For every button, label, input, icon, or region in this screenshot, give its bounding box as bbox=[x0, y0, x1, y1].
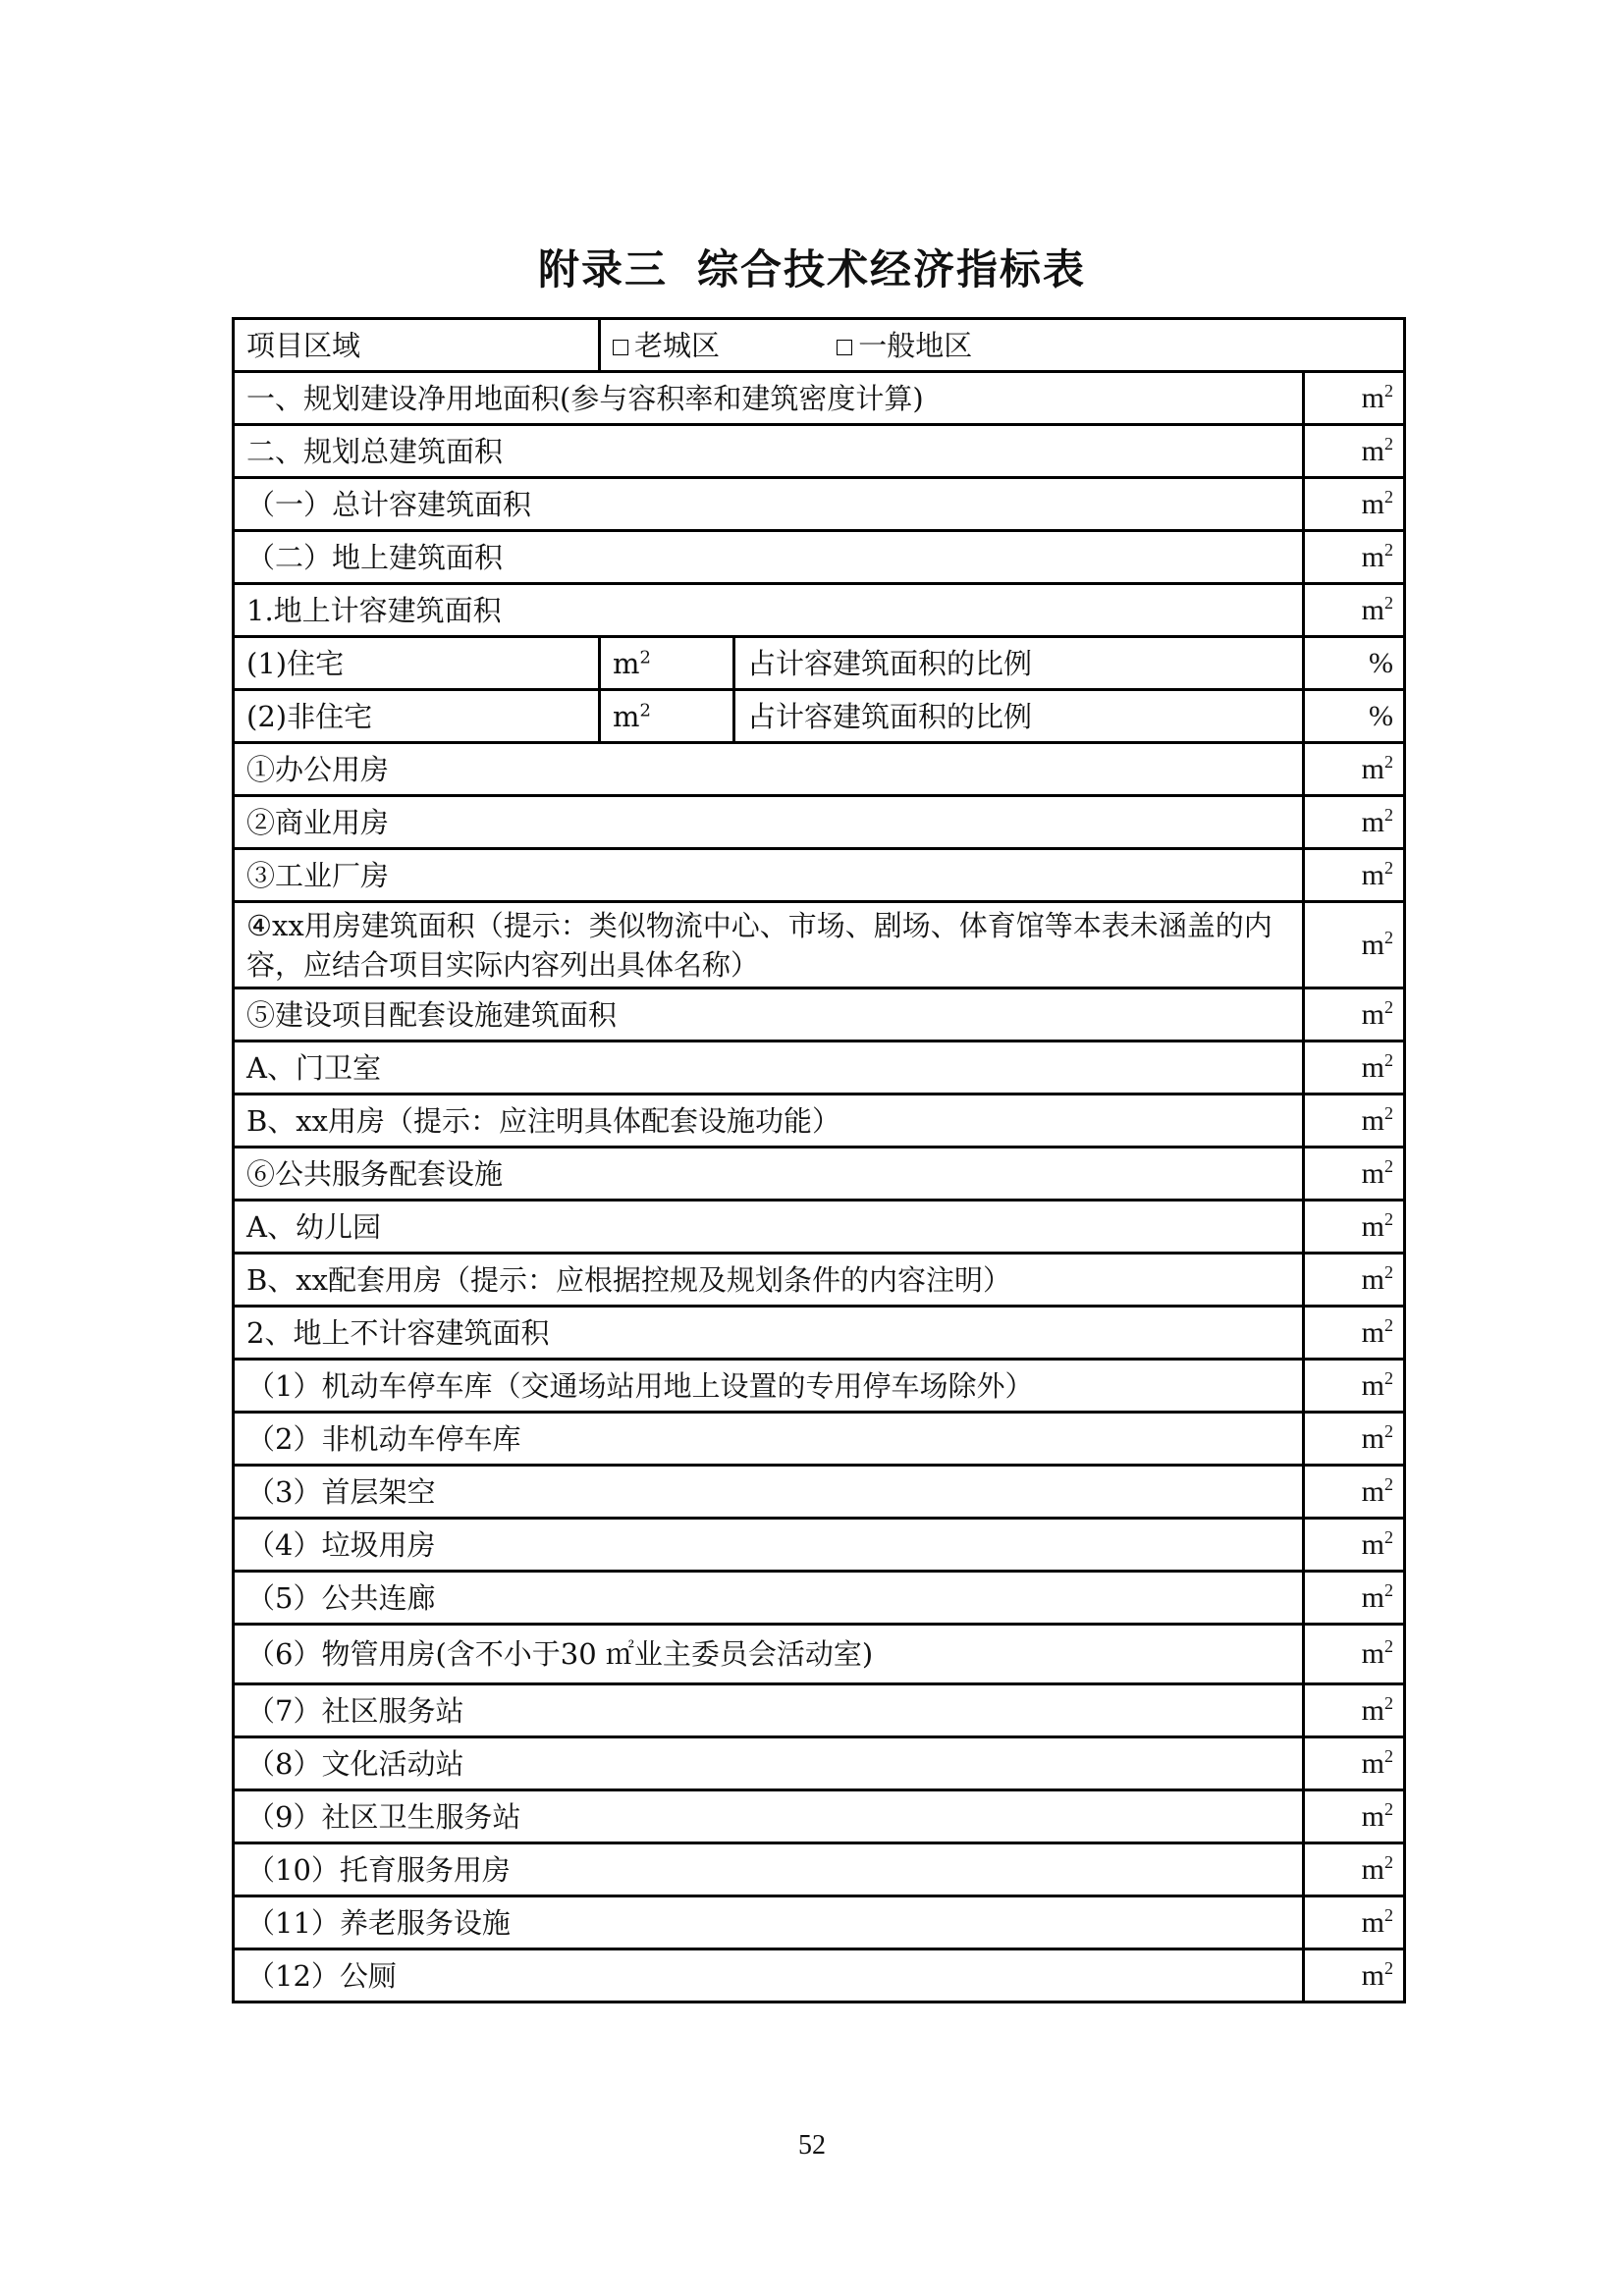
table-row-split: (2)非住宅 m2 占计容建筑面积的比例 % bbox=[234, 690, 1405, 743]
percent-cell: % bbox=[1304, 690, 1405, 743]
row-label: （一）总计容建筑面积 bbox=[234, 478, 1304, 531]
area-unit-cell: m2 bbox=[600, 690, 734, 743]
row-label: （二）地上建筑面积 bbox=[234, 531, 1304, 584]
unit-cell: m2 bbox=[1304, 1572, 1405, 1625]
row-label: （3）首层架空 bbox=[234, 1466, 1304, 1519]
row-label: （1）机动车停车库（交通场站用地上设置的专用停车场除外） bbox=[234, 1360, 1304, 1413]
row-label: (1)住宅 bbox=[234, 637, 600, 690]
table-row: （9）社区卫生服务站m2 bbox=[234, 1790, 1405, 1843]
row-label: （12）公厕 bbox=[234, 1949, 1304, 2002]
table-row: （6）物管用房(含不小于30 ㎡业主委员会活动室)m2 bbox=[234, 1625, 1405, 1684]
table-row: （2）非机动车停车库m2 bbox=[234, 1413, 1405, 1466]
unit-cell: m2 bbox=[1304, 1896, 1405, 1949]
page-number: 52 bbox=[0, 2130, 1624, 2162]
indicator-table: 项目区域 老城区 一般地区 一、规划建设净用地面积(参与容积率和建筑密度计算)m… bbox=[232, 317, 1406, 2003]
row-label: （2）非机动车停车库 bbox=[234, 1413, 1304, 1466]
table-row: 一、规划建设净用地面积(参与容积率和建筑密度计算)m2 bbox=[234, 372, 1405, 425]
unit-cell: m2 bbox=[1304, 1737, 1405, 1790]
row-label: A、幼儿园 bbox=[234, 1201, 1304, 1254]
unit-cell: m2 bbox=[1304, 796, 1405, 849]
unit-cell: m2 bbox=[1304, 1790, 1405, 1843]
unit-cell: m2 bbox=[1304, 1949, 1405, 2002]
ratio-label: 占计容建筑面积的比例 bbox=[734, 637, 1304, 690]
unit-cell: m2 bbox=[1304, 1684, 1405, 1737]
row-label: A、门卫室 bbox=[234, 1041, 1304, 1095]
row-label: 二、规划总建筑面积 bbox=[234, 425, 1304, 478]
row-label: （6）物管用房(含不小于30 ㎡业主委员会活动室) bbox=[234, 1625, 1304, 1684]
unit-cell: m2 bbox=[1304, 531, 1405, 584]
row-label: （8）文化活动站 bbox=[234, 1737, 1304, 1790]
table-row: ④xx用房建筑面积（提示：类似物流中心、市场、剧场、体育馆等本表未涵盖的内容，应… bbox=[234, 902, 1405, 988]
unit-cell: m2 bbox=[1304, 1625, 1405, 1684]
checkbox-icon[interactable] bbox=[613, 340, 628, 355]
option-general-area[interactable]: 一般地区 bbox=[837, 327, 972, 364]
row-label: B、xx配套用房（提示：应根据控规及规划条件的内容注明） bbox=[234, 1254, 1304, 1307]
row-label: 2、地上不计容建筑面积 bbox=[234, 1307, 1304, 1360]
row-label: (2)非住宅 bbox=[234, 690, 600, 743]
row-label: （10）托育服务用房 bbox=[234, 1843, 1304, 1896]
row-label: ②商业用房 bbox=[234, 796, 1304, 849]
unit-cell: m2 bbox=[1304, 584, 1405, 637]
row-label: （4）垃圾用房 bbox=[234, 1519, 1304, 1572]
region-options: 老城区 一般地区 bbox=[600, 319, 1405, 372]
unit-cell: m2 bbox=[1304, 372, 1405, 425]
unit-cell: m2 bbox=[1304, 902, 1405, 988]
table-row: （5）公共连廊m2 bbox=[234, 1572, 1405, 1625]
row-label: 一、规划建设净用地面积(参与容积率和建筑密度计算) bbox=[234, 372, 1304, 425]
row-label: （11）养老服务设施 bbox=[234, 1896, 1304, 1949]
unit-cell: m2 bbox=[1304, 1466, 1405, 1519]
table-row: ②商业用房m2 bbox=[234, 796, 1405, 849]
checkbox-icon[interactable] bbox=[837, 340, 852, 355]
table-row: （一）总计容建筑面积m2 bbox=[234, 478, 1405, 531]
table-row: （4）垃圾用房m2 bbox=[234, 1519, 1405, 1572]
row-label: B、xx用房（提示：应注明具体配套设施功能） bbox=[234, 1095, 1304, 1148]
unit-cell: m2 bbox=[1304, 743, 1405, 796]
table-row: （3）首层架空m2 bbox=[234, 1466, 1405, 1519]
row-label: ④xx用房建筑面积（提示：类似物流中心、市场、剧场、体育馆等本表未涵盖的内容，应… bbox=[234, 902, 1304, 988]
row-label: （7）社区服务站 bbox=[234, 1684, 1304, 1737]
unit-cell: m2 bbox=[1304, 478, 1405, 531]
row-label: ⑤建设项目配套设施建筑面积 bbox=[234, 988, 1304, 1041]
unit-cell: m2 bbox=[1304, 1519, 1405, 1572]
row-label: （5）公共连廊 bbox=[234, 1572, 1304, 1625]
table-row: （1）机动车停车库（交通场站用地上设置的专用停车场除外）m2 bbox=[234, 1360, 1405, 1413]
ratio-label: 占计容建筑面积的比例 bbox=[734, 690, 1304, 743]
unit-cell: m2 bbox=[1304, 1041, 1405, 1095]
table-row: （二）地上建筑面积m2 bbox=[234, 531, 1405, 584]
table-row: A、幼儿园m2 bbox=[234, 1201, 1405, 1254]
table-row: （8）文化活动站m2 bbox=[234, 1737, 1405, 1790]
table-row: ③工业厂房m2 bbox=[234, 849, 1405, 902]
table-row: A、门卫室m2 bbox=[234, 1041, 1405, 1095]
table-row-split: (1)住宅 m2 占计容建筑面积的比例 % bbox=[234, 637, 1405, 690]
unit-cell: m2 bbox=[1304, 1095, 1405, 1148]
row-label: ③工业厂房 bbox=[234, 849, 1304, 902]
table-row: （12）公厕m2 bbox=[234, 1949, 1405, 2002]
row-label: 1.地上计容建筑面积 bbox=[234, 584, 1304, 637]
unit-cell: m2 bbox=[1304, 1413, 1405, 1466]
table-row: 二、规划总建筑面积m2 bbox=[234, 425, 1405, 478]
unit-cell: m2 bbox=[1304, 1307, 1405, 1360]
table-row: 2、地上不计容建筑面积m2 bbox=[234, 1307, 1405, 1360]
table-row: B、xx配套用房（提示：应根据控规及规划条件的内容注明）m2 bbox=[234, 1254, 1405, 1307]
unit-cell: m2 bbox=[1304, 988, 1405, 1041]
region-label: 项目区域 bbox=[234, 319, 600, 372]
table-row: 1.地上计容建筑面积m2 bbox=[234, 584, 1405, 637]
option-old-city[interactable]: 老城区 bbox=[613, 327, 720, 364]
row-label: （9）社区卫生服务站 bbox=[234, 1790, 1304, 1843]
table-row: （11）养老服务设施m2 bbox=[234, 1896, 1405, 1949]
unit-cell: m2 bbox=[1304, 1201, 1405, 1254]
title-name: 综合技术经济指标表 bbox=[697, 245, 1086, 294]
unit-cell: m2 bbox=[1304, 1254, 1405, 1307]
region-row: 项目区域 老城区 一般地区 bbox=[234, 319, 1405, 372]
unit-cell: m2 bbox=[1304, 1360, 1405, 1413]
table-row: ①办公用房m2 bbox=[234, 743, 1405, 796]
unit-cell: m2 bbox=[1304, 425, 1405, 478]
unit-cell: m2 bbox=[1304, 1148, 1405, 1201]
title-appendix: 附录三 bbox=[538, 245, 668, 294]
table-row: （10）托育服务用房m2 bbox=[234, 1843, 1405, 1896]
table-row: ⑤建设项目配套设施建筑面积m2 bbox=[234, 988, 1405, 1041]
table-row: （7）社区服务站m2 bbox=[234, 1684, 1405, 1737]
table-row: ⑥公共服务配套设施m2 bbox=[234, 1148, 1405, 1201]
table-row: B、xx用房（提示：应注明具体配套设施功能）m2 bbox=[234, 1095, 1405, 1148]
area-unit-cell: m2 bbox=[600, 637, 734, 690]
unit-cell: m2 bbox=[1304, 849, 1405, 902]
row-label: ①办公用房 bbox=[234, 743, 1304, 796]
unit-cell: m2 bbox=[1304, 1843, 1405, 1896]
row-label: ⑥公共服务配套设施 bbox=[234, 1148, 1304, 1201]
page-title: 附录三综合技术经济指标表 bbox=[0, 238, 1624, 296]
percent-cell: % bbox=[1304, 637, 1405, 690]
